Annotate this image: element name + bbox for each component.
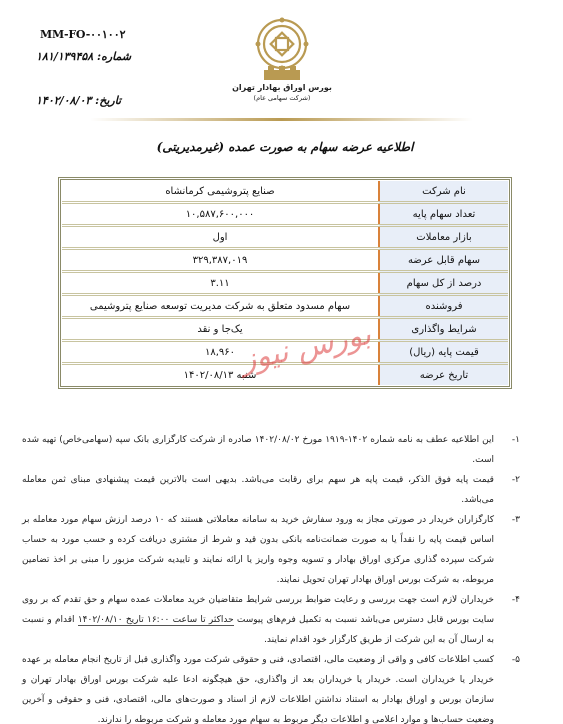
letter-date: تاریخ: ۱۴۰۲/۰۸/۰۳ <box>36 94 121 107</box>
table-row: قیمت پایه (ریال)۱۸,۹۶۰ <box>62 341 508 364</box>
row-label: تعداد سهام پایه <box>379 203 508 226</box>
table-row: نام شرکتصنایع پتروشیمی کرمانشاه <box>62 181 508 203</box>
table-row: شرایط واگذارییک‌جا و نقد <box>62 318 508 341</box>
date-value: ۱۴۰۲/۰۸/۰۳ <box>36 94 91 107</box>
letter-number: شماره: ۱۸۱/۱۳۹۴۵۸ <box>36 50 131 63</box>
row-value: ۳۲۹,۳۸۷,۰۱۹ <box>62 249 379 272</box>
row-value: ۳.۱۱ <box>62 272 379 295</box>
note-text: قیمت پایه فوق الذکر، قیمت پایه هر سهم بر… <box>22 475 494 505</box>
note-item: ۱- این اطلاعیه عطف به نامه شماره ۱۴۰۲-۱۹… <box>22 430 520 470</box>
row-label: شرایط واگذاری <box>379 318 508 341</box>
table-row: فروشندهسهام مسدود متعلق به شرکت مدیریت ت… <box>62 295 508 318</box>
note-text: کارگزاران خریدار در صورتی مجاز به ورود س… <box>22 515 494 585</box>
note-text: این اطلاعیه عطف به نامه شماره ۱۴۰۲-۱۹۱۹ … <box>22 435 494 465</box>
row-label: تاریخ عرضه <box>379 364 508 386</box>
deadline-underlined: حداکثر تا ساعت ۱۶:۰۰ تاریخ ۱۴۰۲/۰۸/۱۰ <box>78 615 234 626</box>
row-value: سهام مسدود متعلق به شرکت مدیریت توسعه صن… <box>62 295 379 318</box>
row-value: ۱۸,۹۶۰ <box>62 341 379 364</box>
row-label: فروشنده <box>379 295 508 318</box>
note-number: ۲- <box>512 470 520 490</box>
notes-list: ۱- این اطلاعیه عطف به نامه شماره ۱۴۰۲-۱۹… <box>22 430 520 724</box>
row-label: قیمت پایه (ریال) <box>379 341 508 364</box>
row-value: اول <box>62 226 379 249</box>
note-number: ۱- <box>512 430 520 450</box>
row-value: صنایع پتروشیمی کرمانشاه <box>62 181 379 203</box>
note-text: خریداران لازم است جهت بررسی و رعایت ضواب… <box>22 595 494 645</box>
form-code: MM-FO-۰۰۱۰۰۲ <box>40 28 126 41</box>
note-number: ۳- <box>512 510 520 530</box>
row-value: شنبه ۱۴۰۲/۰۸/۱۳ <box>62 364 379 386</box>
note-item: ۵- کسب اطلاعات کافی و واقی از وضعیت مالی… <box>22 650 520 724</box>
table-row: تعداد سهام پایه۱۰,۵۸۷,۶۰۰,۰۰۰ <box>62 203 508 226</box>
offer-details-table: نام شرکتصنایع پتروشیمی کرمانشاه تعداد سه… <box>58 177 512 389</box>
note-item: ۴- خریداران لازم است جهت بررسی و رعایت ض… <box>22 590 520 650</box>
table-row: بازار معاملاتاول <box>62 226 508 249</box>
row-value: یک‌جا و نقد <box>62 318 379 341</box>
row-label: درصد از کل سهام <box>379 272 508 295</box>
row-label: بازار معاملات <box>379 226 508 249</box>
table-row: سهام قابل عرضه۳۲۹,۳۸۷,۰۱۹ <box>62 249 508 272</box>
note-item: ۲- قیمت پایه فوق الذکر، قیمت پایه هر سهم… <box>22 470 520 510</box>
note-number: ۵- <box>512 650 520 670</box>
table-row: تاریخ عرضهشنبه ۱۴۰۲/۰۸/۱۳ <box>62 364 508 386</box>
row-value: ۱۰,۵۸۷,۶۰۰,۰۰۰ <box>62 203 379 226</box>
row-label: سهام قابل عرضه <box>379 249 508 272</box>
date-label: تاریخ: <box>95 94 121 107</box>
header-divider <box>90 118 473 121</box>
table-row: درصد از کل سهام۳.۱۱ <box>62 272 508 295</box>
number-value: ۱۸۱/۱۳۹۴۵۸ <box>36 50 93 63</box>
note-text: کسب اطلاعات کافی و واقی از وضعیت مالی، ا… <box>22 655 494 724</box>
note-item: ۳- کارگزاران خریدار در صورتی مجاز به ورو… <box>22 510 520 590</box>
row-label: نام شرکت <box>379 181 508 203</box>
logo-caption: بورس اوراق بهادار تهران (شرکت سهامی عام) <box>228 82 336 104</box>
number-label: شماره: <box>97 50 131 63</box>
page-title: اطلاعیه عرضه سهام به صورت عمده (غیرمدیری… <box>150 140 420 154</box>
note-number: ۴- <box>512 590 520 610</box>
